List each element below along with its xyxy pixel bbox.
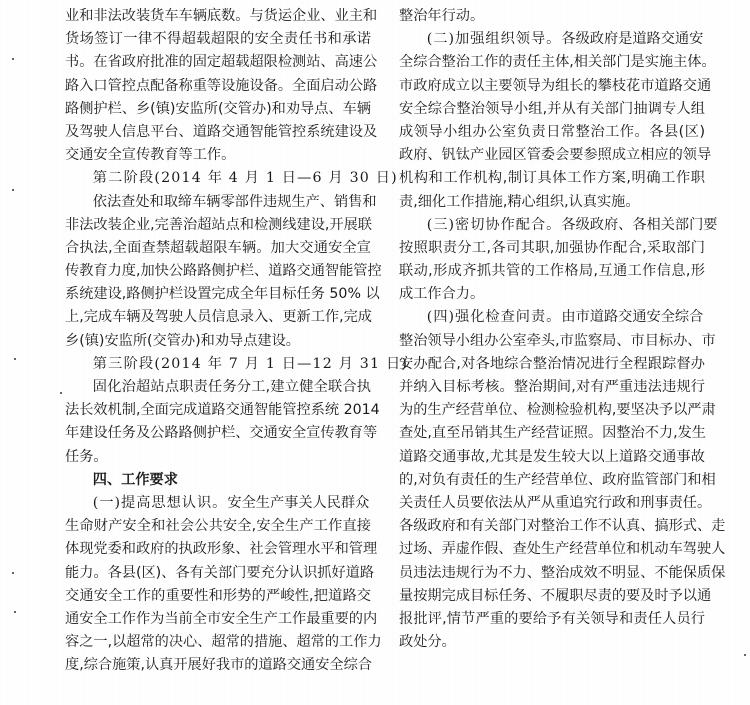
line-text: 市政府成立以主要领导为组长的攀枝花市道路交通 [399,78,711,94]
stage-heading: 第二阶段(2014 年 4 月 1 日—6 月 30 日) [65,167,371,190]
text-line: 成工作合力。 [399,283,705,306]
text-line: 交通安全宣传教育等工作。 [65,144,371,167]
subsection-lead: (四)强化检查问责。 [427,309,562,325]
subsection-lead: (一)提高思想认识。 [93,495,228,511]
line-text: 依法查处和取缔车辆零部件违规生产、销售和 [93,194,377,210]
scan-speck [12,58,14,60]
line-text: 固化治超站点职责任务分工,建立健全联合执 [93,379,371,395]
text-line: 联动,形成齐抓共管的工作格局,互通工作信息,形 [399,260,705,283]
scan-speck [60,392,62,394]
line-text: 度,综合施策,认真开展好我市的道路交通安全综合 [65,657,372,673]
text-line: (三)密切协作配合。各级政府、各相关部门要 [399,214,705,237]
line-text: 道路交通事故,尤其是发生较大以上道路交通事故 [399,449,705,465]
text-line: 政府、钒钛产业园区管委会要参照成立相应的领导 [399,144,705,167]
subsection-lead: (二)加强组织领导。 [427,31,562,47]
text-line: 交通安全工作的重要性和形势的严峻性,把道路交 [65,585,371,608]
line-text: 量按期完成目标任务、不履职尽责的要及时予以通 [399,588,711,604]
line-text: 各级政府是道路交通安 [561,31,703,47]
text-line: 安全综合整治领导小组,并从有关部门抽调专人组 [399,98,705,121]
line-text: 成工作合力。 [399,286,484,302]
line-text: 书。在省政府批准的固定超载超限检测站、高速公 [65,54,377,70]
line-text: 货场签订一律不得超载超限的安全责任书和承诺 [65,31,371,47]
line-text: 政处分。 [399,634,456,650]
scan-speck [14,358,16,360]
text-line: (二)加强组织领导。各级政府是道路交通安 [399,28,705,51]
scan-speck [12,189,14,191]
line-text: 由市道路交通安全综合 [561,309,703,325]
line-text: 通安全工作作为当前全市安全生产工作最重要的内 [65,611,377,627]
text-line: 书。在省政府批准的固定超载超限检测站、高速公 [65,51,371,74]
text-line: 责,细化工作措施,精心组织,认真实施。 [399,191,705,214]
line-text: 能力。各县(区)、各有关部门要充分认识抓好道路 [65,565,374,581]
text-line: 按照职责分工,各司其职,加强协作配合,采取部门 [399,237,705,260]
line-text: 整治领导小组办公室牵头,市监察局、市目标办、市 [399,333,716,349]
line-text: 传教育力度,加快公路路侧护栏、道路交通智能管控 [65,263,382,279]
text-line: 市政府成立以主要领导为组长的攀枝花市道路交通 [399,75,705,98]
section-heading: 四、工作要求 [65,469,371,492]
line-text: 各级政府、各相关部门要 [561,217,717,233]
line-text: 整治年行动。 [399,8,484,24]
text-line: 整治年行动。 [399,5,705,28]
line-text: 年建设任务及公路路侧护栏、交通安全宣传教育等 [65,425,377,441]
line-text: 安全生产事关人民群众 [227,495,369,511]
text-line: 乡(镇)安监所(交管办)和劝导点建设。 [65,330,371,353]
text-line: 过场、弄虚作假、查处生产经营单位和机动车驾驶人 [399,538,705,561]
text-line: 关责任人员要依法从严从重追究行政和刑事责任。 [399,492,705,515]
line-text: 政府、钒钛产业园区管委会要参照成立相应的领导 [399,147,711,163]
text-line: 及驾驶人信息平台、道路交通智能管控系统建设及 [65,121,371,144]
text-line: 量按期完成目标任务、不履职尽责的要及时予以通 [399,585,705,608]
subsection-lead: (三)密切协作配合。 [427,217,562,233]
text-line: 政处分。 [399,631,705,654]
text-line: 通安全工作作为当前全市安全生产工作最重要的内 [65,608,371,631]
text-line: 的,对负有责任的生产经营单位、政府监管部门和相 [399,469,705,492]
line-text: 机构和工作机构,制订具体工作方案,明确工作职 [399,170,705,186]
line-text: 联动,形成齐抓共管的工作格局,互通工作信息,形 [399,263,705,279]
line-text: 的,对负有责任的生产经营单位、政府监管部门和相 [399,472,716,488]
line-text: 乡(镇)安监所(交管办)和劝导点建设。 [65,333,300,349]
text-line: 体现党委和政府的执政形象、社会管理水平和管理 [65,538,371,561]
scan-speck [12,572,14,574]
text-line: 生命财产安全和社会公共安全,安全生产工作直接 [65,515,371,538]
text-line: 为的生产经营单位、检测检验机构,要坚决予以严肃 [399,399,705,422]
line-text: 业和非法改装货车车辆底数。与货运企业、业主和 [65,8,377,24]
text-line: 上,完成车辆及驾驶人员信息录入、更新工作,完成 [65,306,371,329]
line-text: 体现党委和政府的执政形象、社会管理水平和管理 [65,541,377,557]
line-text: 安办配合,对各地综合整治情况进行全程跟踪督办 [399,356,705,372]
text-line: 整治领导小组办公室牵头,市监察局、市目标办、市 [399,330,705,353]
line-text: 合执法,全面查禁超载超限车辆。加大交通安全宣 [65,240,371,256]
line-text: 全综合整治工作的责任主体,相关部门是实施主体。 [399,54,716,70]
text-line: 路侧护栏、乡(镇)安监所(交管办)和劝导点、车辆 [65,98,371,121]
line-text: 非法改装企业,完善治超站点和检测线建设,开展联 [65,217,372,233]
text-line: 法长效机制,全面完成道路交通智能管控系统 2014 [65,399,371,422]
text-line: 非法改装企业,完善治超站点和检测线建设,开展联 [65,214,371,237]
text-line: 传教育力度,加快公路路侧护栏、道路交通智能管控 [65,260,371,283]
text-line: 依法查处和取缔车辆零部件违规生产、销售和 [65,191,371,214]
text-line: 安办配合,对各地综合整治情况进行全程跟踪督办 [399,353,705,376]
line-text: 报批评,情节严重的要给予有关领导和责任人员行 [399,611,705,627]
line-text: 交通安全工作的重要性和形势的严峻性,把道路交 [65,588,371,604]
line-text: 上,完成车辆及驾驶人员信息录入、更新工作,完成 [65,309,372,325]
text-line: 系统建设,路侧护栏设置完成全年目标任务 50% 以 [65,283,371,306]
line-text: 查处,直至吊销其生产经营证照。因整治不力,发生 [399,425,706,441]
text-line: 货场签订一律不得超载超限的安全责任书和承诺 [65,28,371,51]
stage-heading: 第三阶段(2014 年 7 月 1 日—12 月 31 日) [65,353,371,376]
line-text: 交通安全宣传教育等工作。 [65,147,235,163]
right-text-column: 整治年行动。(二)加强组织领导。各级政府是道路交通安全综合整治工作的责任主体,相… [399,5,705,654]
text-line: 全综合整治工作的责任主体,相关部门是实施主体。 [399,51,705,74]
scan-speck [744,654,746,656]
line-text: 法长效机制,全面完成道路交通智能管控系统 2014 [65,402,380,418]
text-line: 合执法,全面查禁超载超限车辆。加大交通安全宣 [65,237,371,260]
text-line: 道路交通事故,尤其是发生较大以上道路交通事故 [399,446,705,469]
line-text: 路入口管控点配备称重等设施设备。全面启动公路 [65,78,377,94]
text-line: (一)提高思想认识。安全生产事关人民群众 [65,492,371,515]
text-line: (四)强化检查问责。由市道路交通安全综合 [399,306,705,329]
text-line: 固化治超站点职责任务分工,建立健全联合执 [65,376,371,399]
line-text: 路侧护栏、乡(镇)安监所(交管办)和劝导点、车辆 [65,101,371,117]
text-line: 机构和工作机构,制订具体工作方案,明确工作职 [399,167,705,190]
line-text: 成领导小组办公室负责日常整治工作。各县(区) [399,124,705,140]
line-text: 按照职责分工,各司其职,加强协作配合,采取部门 [399,240,705,256]
scanned-page: 业和非法改装货车车辆底数。与货运企业、业主和货场签订一律不得超载超限的安全责任书… [0,0,750,705]
line-text: 为的生产经营单位、检测检验机构,要坚决予以严肃 [399,402,716,418]
line-text: 各级政府和有关部门对整治工作不认真、搞形式、走 [399,518,725,534]
text-line: 报批评,情节严重的要给予有关领导和责任人员行 [399,608,705,631]
line-text: 过场、弄虚作假、查处生产经营单位和机动车驾驶人 [399,541,725,557]
line-text: 生命财产安全和社会公共安全,安全生产工作直接 [65,518,371,534]
left-text-column: 业和非法改装货车车辆底数。与货运企业、业主和货场签订一律不得超载超限的安全责任书… [65,5,371,677]
text-line: 任务。 [65,446,371,469]
text-line: 能力。各县(区)、各有关部门要充分认识抓好道路 [65,562,371,585]
text-line: 路入口管控点配备称重等设施设备。全面启动公路 [65,75,371,98]
text-line: 并纳入目标考核。整治期间,对有严重违法违规行 [399,376,705,399]
text-line: 查处,直至吊销其生产经营证照。因整治不力,发生 [399,422,705,445]
text-line: 各级政府和有关部门对整治工作不认真、搞形式、走 [399,515,705,538]
text-line: 员违法违规行为不力、整治成效不明显、不能保质保 [399,562,705,585]
scan-speck [14,611,16,613]
line-text: 及驾驶人信息平台、道路交通智能管控系统建设及 [65,124,377,140]
line-text: 任务。 [65,449,108,465]
line-text: 员违法违规行为不力、整治成效不明显、不能保质保 [399,565,725,581]
text-line: 业和非法改装货车车辆底数。与货运企业、业主和 [65,5,371,28]
text-line: 度,综合施策,认真开展好我市的道路交通安全综合 [65,654,371,677]
line-text: 责,细化工作措施,精心组织,认真实施。 [399,194,640,210]
line-text: 容之一,以超常的决心、超常的措施、超常的工作力 [65,634,382,650]
line-text: 关责任人员要依法从严从重追究行政和刑事责任。 [399,495,711,511]
text-line: 容之一,以超常的决心、超常的措施、超常的工作力 [65,631,371,654]
line-text: 并纳入目标考核。整治期间,对有严重违法违规行 [399,379,705,395]
line-text: 第二阶段(2014 年 4 月 1 日—6 月 30 日) [93,170,398,186]
line-text: 安全综合整治领导小组,并从有关部门抽调专人组 [399,101,705,117]
line-text: 四、工作要求 [93,472,178,488]
text-line: 年建设任务及公路路侧护栏、交通安全宣传教育等 [65,422,371,445]
line-text: 第三阶段(2014 年 7 月 1 日—12 月 31 日) [93,356,408,372]
text-line: 成领导小组办公室负责日常整治工作。各县(区) [399,121,705,144]
line-text: 系统建设,路侧护栏设置完成全年目标任务 50% 以 [65,286,380,302]
